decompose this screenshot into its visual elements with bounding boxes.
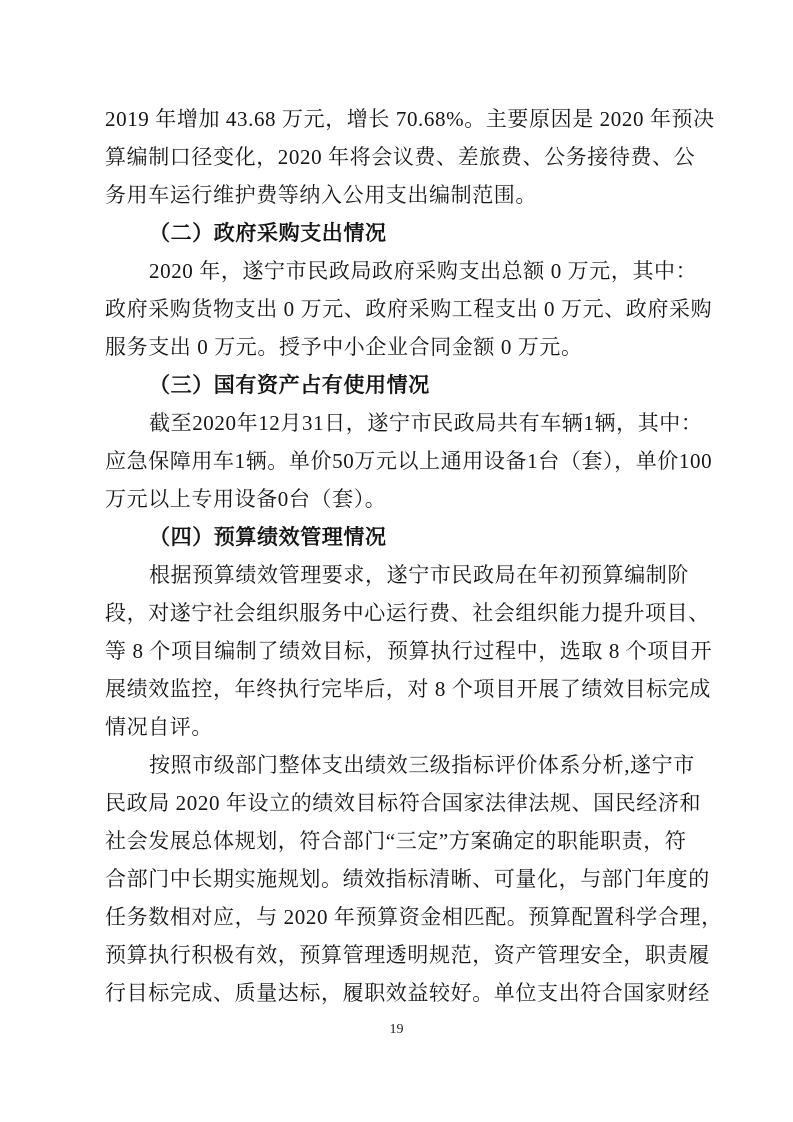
para-performance-analysis-line: 按照市级部门整体支出绩效三级指标评价体系分析,遂宁市 [105,746,721,784]
para-gov-procurement-line: 2020 年，遂宁市民政局政府采购支出总额 0 万元，其中： [105,252,721,290]
para-performance-analysis-line: 民政局 2020 年设立的绩效目标符合国家法律法规、国民经济和 [105,784,721,822]
para-performance-analysis-line: 合部门中长期实施规划。绩效指标清晰、可量化，与部门年度的 [105,860,721,898]
para-performance-analysis-line: 任务数相对应，与 2020 年预算资金相匹配。预算配置科学合理， [105,898,721,936]
para-budget-performance-line: 段，对遂宁社会组织服务中心运行费、社会组织能力提升项目、 [105,594,721,632]
para-state-assets-line: 截至2020年12月31日，遂宁市民政局共有车辆1辆，其中： [105,404,721,442]
para-gov-procurement-line: 服务支出 0 万元。授予中小企业合同金额 0 万元。 [105,328,721,366]
heading-state-assets: （三）国有资产占有使用情况 [105,366,721,404]
para-carryover-line: 2019 年增加 43.68 万元，增长 70.68%。主要原因是 2020 年… [105,100,721,138]
para-budget-performance-line: 情况自评。 [105,708,721,746]
para-performance-analysis-line: 预算执行积极有效，预算管理透明规范，资产管理安全，职责履 [105,936,721,974]
para-gov-procurement-line: 政府采购货物支出 0 万元、政府采购工程支出 0 万元、政府采购 [105,290,721,328]
para-performance-analysis-line: 社会发展总体规划，符合部门“三定”方案确定的职能职责，符 [105,822,721,860]
para-budget-performance-line: 等 8 个项目编制了绩效目标，预算执行过程中，选取 8 个项目开 [105,632,721,670]
heading-budget-performance: （四）预算绩效管理情况 [105,518,721,556]
para-carryover-line: 算编制口径变化，2020 年将会议费、差旅费、公务接待费、公 [105,138,721,176]
para-carryover-line: 务用车运行维护费等纳入公用支出编制范围。 [105,176,721,214]
para-performance-analysis-line: 行目标完成、质量达标，履职效益较好。单位支出符合国家财经 [105,974,721,1012]
para-state-assets-line: 万元以上专用设备0台（套）。 [105,480,721,518]
heading-gov-procurement: （二）政府采购支出情况 [105,214,721,252]
document-page: 2019 年增加 43.68 万元，增长 70.68%。主要原因是 2020 年… [0,0,793,1122]
para-state-assets-line: 应急保障用车1辆。单价50万元以上通用设备1台（套），单价100 [105,442,721,480]
para-budget-performance-line: 根据预算绩效管理要求，遂宁市民政局在年初预算编制阶 [105,556,721,594]
page-number: 19 [0,1020,793,1040]
document-body: 2019 年增加 43.68 万元，增长 70.68%。主要原因是 2020 年… [105,100,721,1012]
para-budget-performance-line: 展绩效监控，年终执行完毕后，对 8 个项目开展了绩效目标完成 [105,670,721,708]
